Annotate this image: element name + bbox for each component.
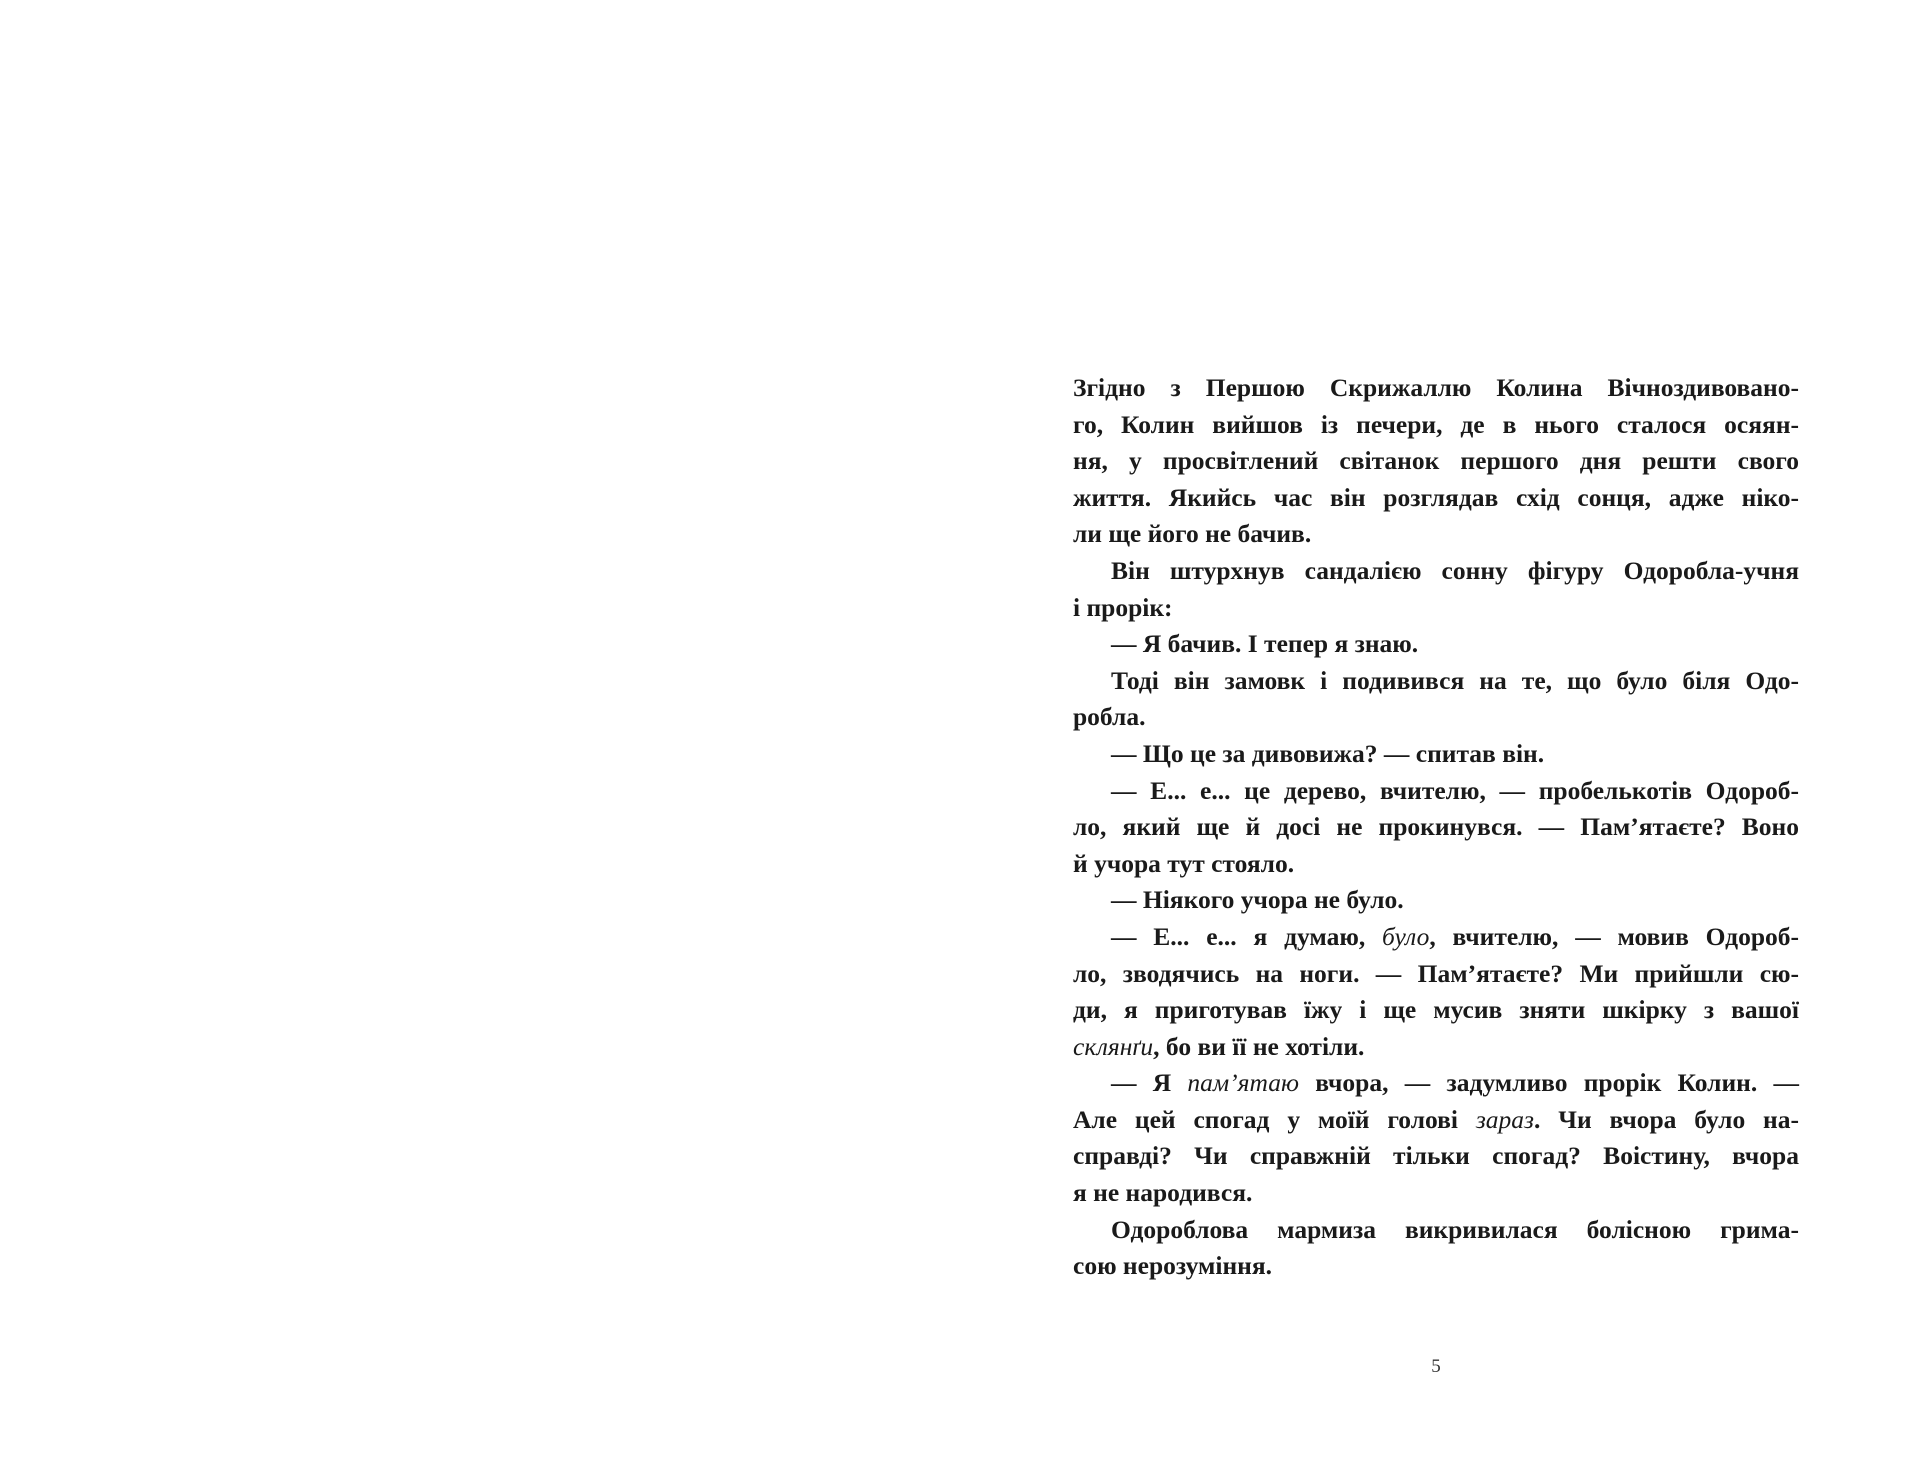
text-line: ня, у просвітлений світанок першого дня … [1073, 443, 1799, 480]
text-line: — Я бачив. І тепер я знаю. [1073, 626, 1799, 663]
text-line: ло, який ще й досі не прокинувся. — Пам’… [1073, 809, 1799, 846]
text-segment: . Чи вчора було на- [1534, 1105, 1799, 1134]
italic-emphasis: склянґи [1073, 1032, 1153, 1061]
text-line: Але цей спогад у моїй голові зараз. Чи в… [1073, 1102, 1799, 1139]
italic-emphasis: пам’ятаю [1187, 1068, 1299, 1097]
text-line: — Ніякого учора не було. [1073, 882, 1799, 919]
text-line: Тоді він замовк і подивився на те, що бу… [1073, 663, 1799, 700]
text-line: справді? Чи справжній тільки спогад? Воі… [1073, 1138, 1799, 1175]
text-segment: , вчителю, — мовив Одороб- [1429, 922, 1799, 951]
body-text: Згідно з Першою Скрижаллю Колина Вічнозд… [1073, 370, 1799, 1285]
text-line: склянґи, бо ви її не хотіли. [1073, 1029, 1799, 1066]
text-line: — Е... е... я думаю, було, вчителю, — мо… [1073, 919, 1799, 956]
text-segment: , бо ви її не хотіли. [1153, 1032, 1364, 1061]
text-line: ди, я приготував їжу і ще мусив зняти шк… [1073, 992, 1799, 1029]
text-segment: Але цей спогад у моїй голові [1073, 1105, 1476, 1134]
text-line: життя. Якийсь час він розглядав схід сон… [1073, 480, 1799, 517]
text-line: робла. [1073, 699, 1799, 736]
text-line: ло, зводячись на ноги. — Пам’ятаєте? Ми … [1073, 956, 1799, 993]
text-line: Згідно з Першою Скрижаллю Колина Вічнозд… [1073, 370, 1799, 407]
text-segment: вчора, — задумливо прорік Колин. — [1299, 1068, 1799, 1097]
italic-emphasis: зараз [1476, 1105, 1534, 1134]
book-spread: Згідно з Першою Скрижаллю Колина Вічнозд… [0, 0, 1920, 1477]
text-line: — Що це за дивовижа? — спитав він. [1073, 736, 1799, 773]
text-line: сою нерозуміння. [1073, 1248, 1799, 1285]
text-line: ли ще його не бачив. [1073, 516, 1799, 553]
left-page-blank [0, 0, 960, 1477]
text-line: Одороблова мармиза викривилася болісною … [1073, 1212, 1799, 1249]
text-line: го, Колин вийшов із печери, де в нього с… [1073, 407, 1799, 444]
text-line: — Е... е... це дерево, вчителю, — пробел… [1073, 773, 1799, 810]
text-line: я не народився. [1073, 1175, 1799, 1212]
text-line: й учора тут стояло. [1073, 846, 1799, 883]
text-line: Він штурхнув сандалією сонну фігуру Одор… [1073, 553, 1799, 590]
italic-emphasis: було [1382, 922, 1429, 951]
text-line: — Я пам’ятаю вчора, — задумливо прорік К… [1073, 1065, 1799, 1102]
right-page: Згідно з Першою Скрижаллю Колина Вічнозд… [960, 0, 1920, 1477]
text-line: і прорік: [1073, 590, 1799, 627]
page-number: 5 [1428, 1356, 1444, 1378]
text-segment: — Е... е... я думаю, [1111, 922, 1382, 951]
text-segment: — Я [1111, 1068, 1187, 1097]
